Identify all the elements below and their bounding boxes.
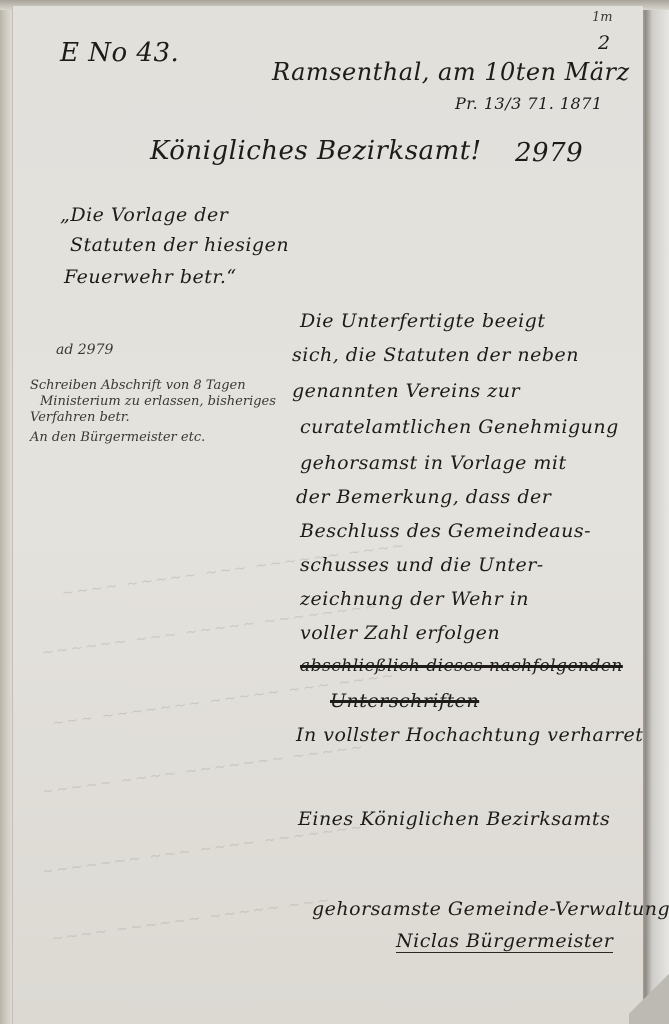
struck-line: abschließlich dieses nachfolgenden	[300, 656, 623, 676]
registry-number: 2979	[515, 138, 583, 168]
body-line: der Bemerkung, dass der	[296, 486, 551, 508]
page-index: 2	[598, 32, 611, 54]
body-line: voller Zahl erfolgen	[300, 622, 500, 644]
margin-note-line: An den Bürgermeister etc.	[30, 430, 205, 445]
reference-number: E No 43.	[60, 38, 179, 68]
body-line: schusses und die Unter-	[300, 554, 544, 576]
margin-note-line: Schreiben Abschrift von 8 Tagen	[30, 378, 246, 393]
page-corner-fold	[629, 964, 669, 1024]
received-date: Pr. 13/3 71. 1871	[455, 94, 603, 113]
signature-line: gehorsamste Gemeinde-Verwaltung	[312, 898, 669, 920]
page-mark: 1m	[592, 10, 613, 25]
subject-line: „Die Vorlage der	[60, 204, 228, 226]
body-line: genannten Vereins zur	[292, 380, 520, 402]
struck-line: Unterschriften	[330, 690, 479, 712]
place-date: Ramsenthal, am 10ten März	[272, 58, 630, 86]
closing: In vollster Hochachtung verharret	[296, 724, 643, 746]
body-line: curatelamtlichen Genehmigung	[300, 416, 619, 438]
margin-note-ref: ad 2979	[56, 342, 113, 358]
subject-line: Feuerwehr betr.“	[64, 266, 237, 288]
subject-line: Statuten der hiesigen	[70, 234, 289, 256]
body-line: sich, die Statuten der neben	[292, 344, 579, 366]
body-line: zeichnung der Wehr in	[300, 588, 529, 610]
signature-line: Eines Königlichen Bezirksamts	[298, 808, 610, 830]
margin-note-line: Ministerium zu erlassen, bisheriges	[40, 394, 276, 409]
signature-name: Niclas Bürgermeister	[396, 930, 613, 953]
body-line: Die Unterfertigte beeigt	[300, 310, 545, 332]
body-line: gehorsamst in Vorlage mit	[300, 452, 567, 474]
body-line: Beschluss des Gemeindeaus-	[300, 520, 591, 542]
addressee: Königliches Bezirksamt!	[150, 136, 482, 166]
margin-note-line: Verfahren betr.	[30, 410, 130, 425]
